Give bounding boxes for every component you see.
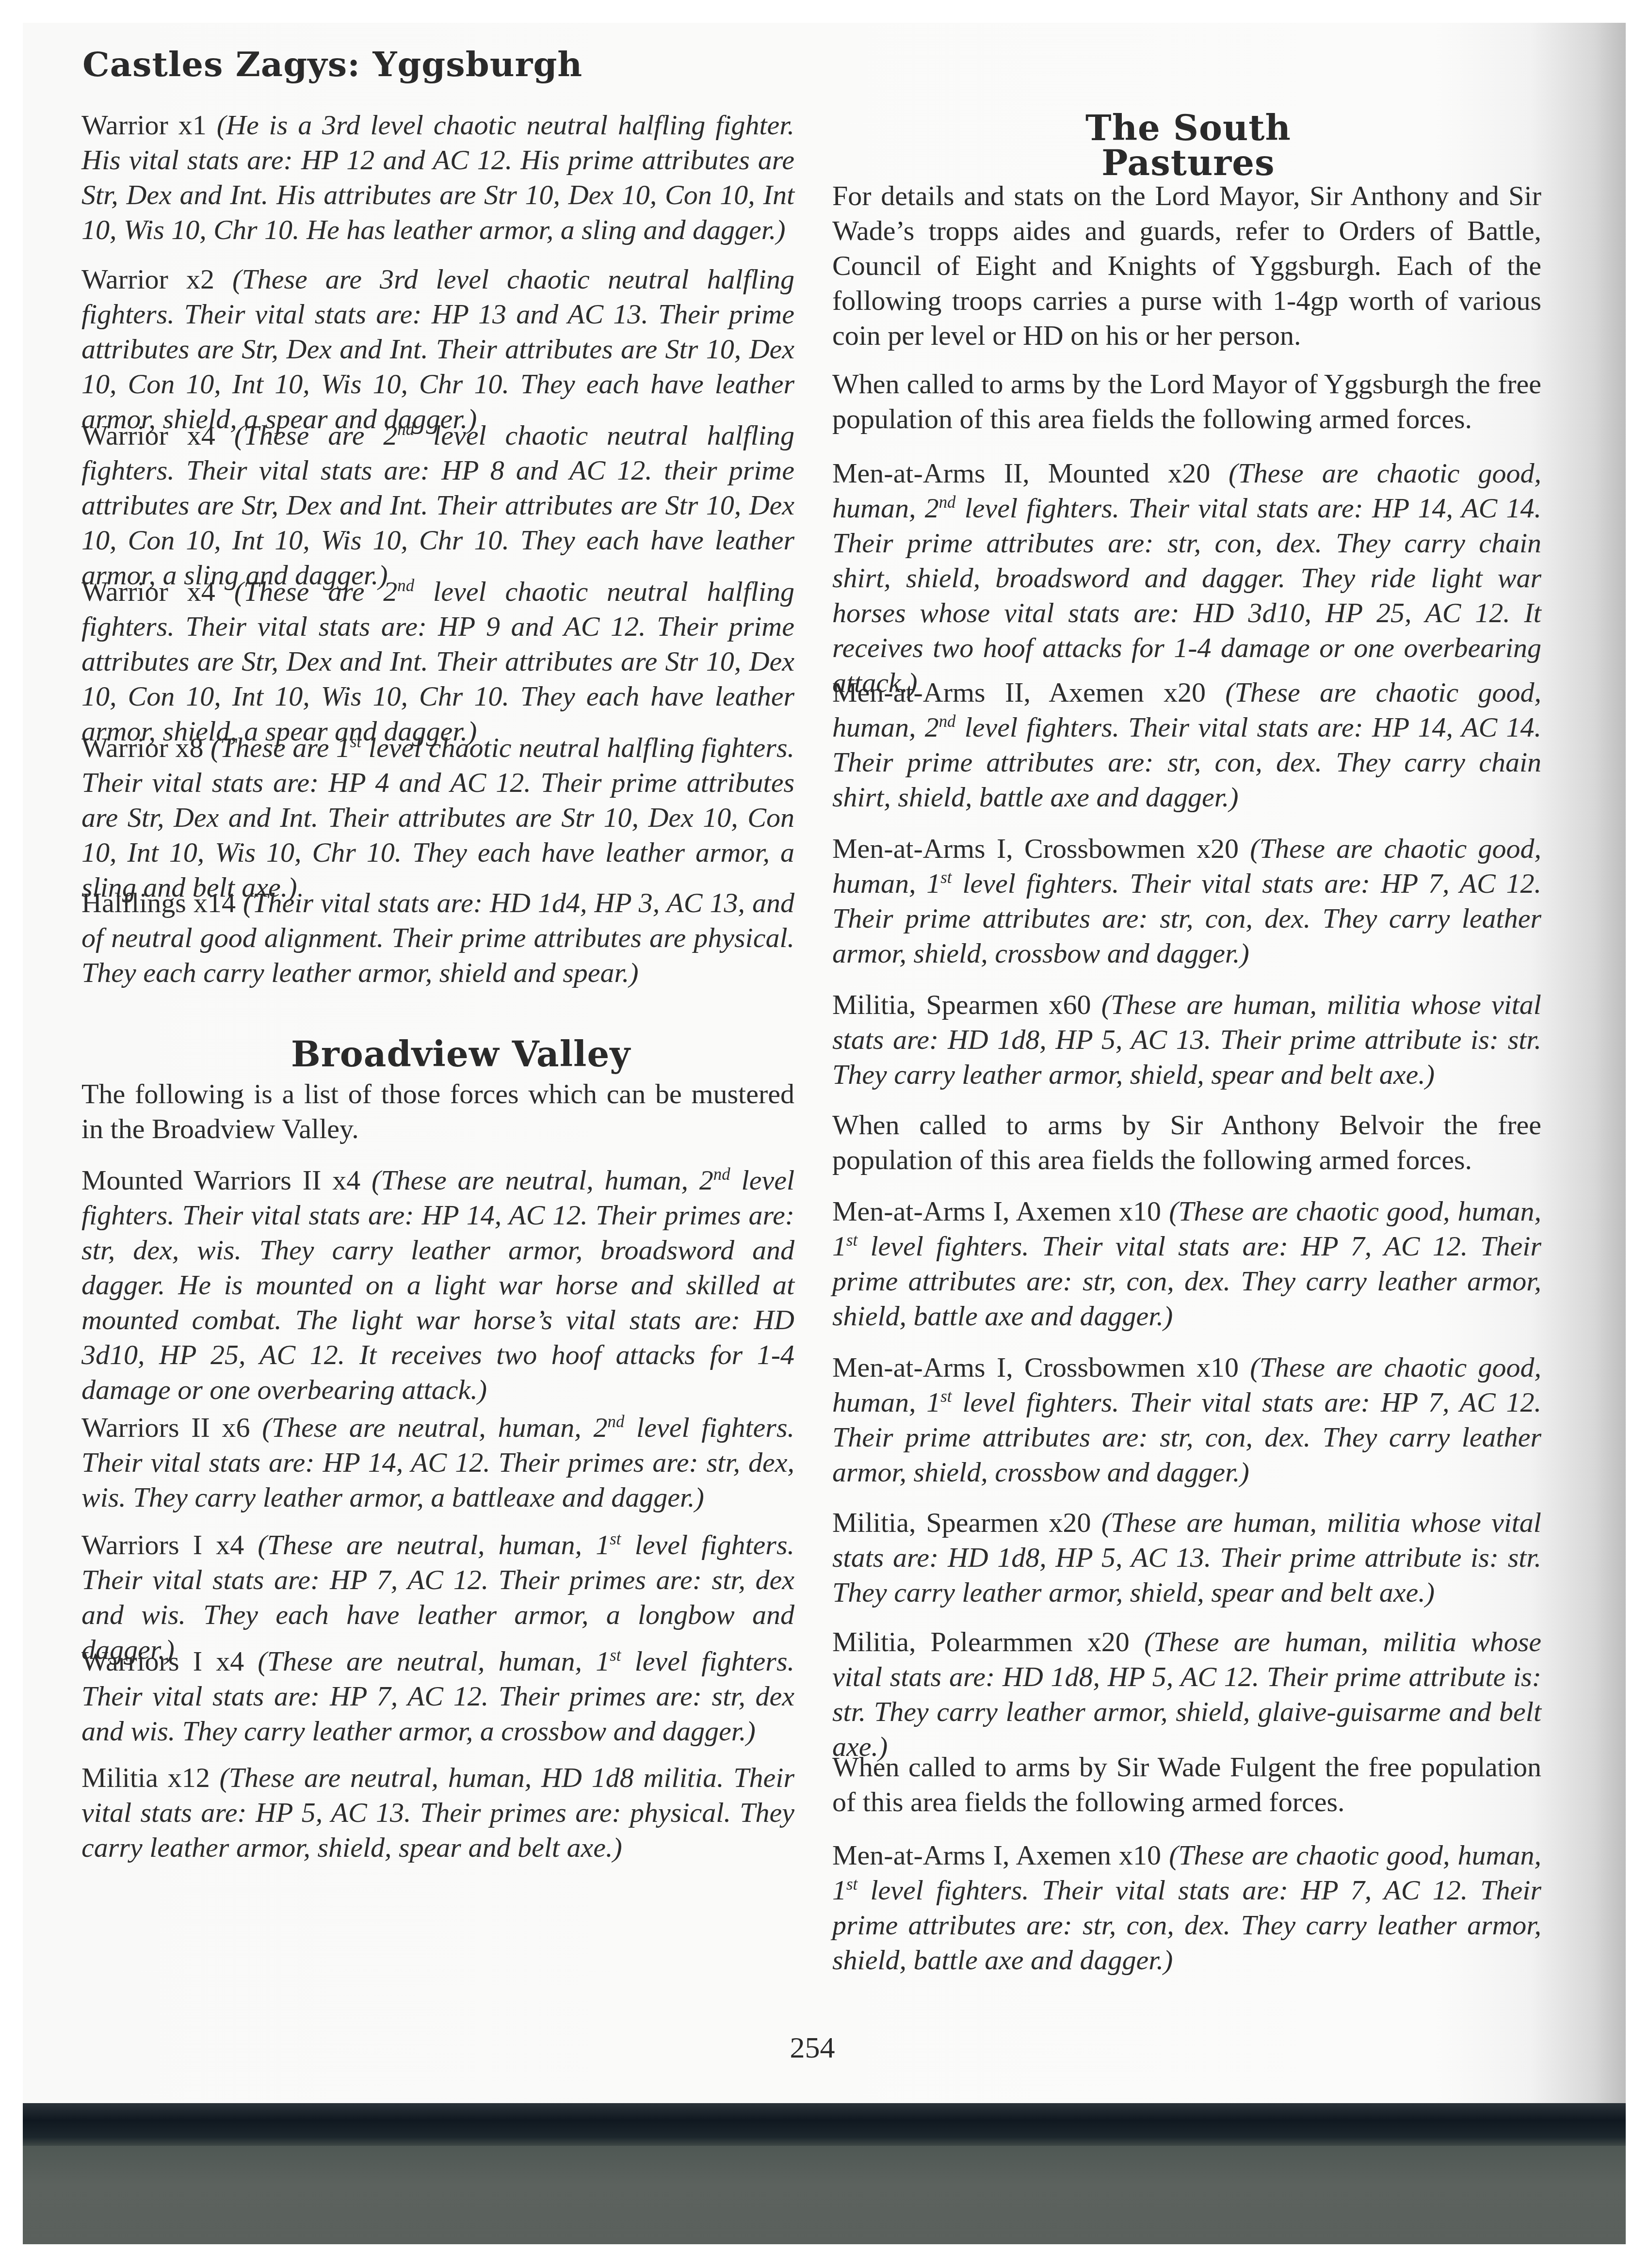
- lord-mayor-call-to-arms: When called to arms by the Lord Mayor of…: [832, 367, 1541, 436]
- ordinal-suffix: nd: [608, 1412, 625, 1431]
- entry-lead: Halflings x14: [81, 887, 243, 918]
- entry-warrior-x4-b: Warrior x4 (These are 2nd level chaotic …: [81, 574, 794, 749]
- entry-lead: Warriors I x4: [81, 1529, 258, 1560]
- entry-lead: Warriors II x6: [81, 1412, 262, 1443]
- entry-detail-pre: (These are 2: [234, 576, 398, 607]
- entry-warrior-x2: Warrior x2 (These are 3rd level chaotic …: [81, 262, 794, 436]
- entry-warrior-x8: Warrior x8 (These are 1st level chaotic …: [81, 730, 794, 905]
- entry-lead: Warriors I x4: [81, 1645, 258, 1677]
- sir-anthony-call-to-arms: When called to arms by Sir Anthony Belvo…: [832, 1108, 1541, 1177]
- heading-broadview-valley: Broadview Valley: [276, 1037, 645, 1072]
- scanner-edge-dark-band: [23, 2103, 1626, 2146]
- entry-detail-pre: (These are 2: [234, 419, 398, 451]
- entry-militia-polearmmen-x20: Militia, Polearmmen x20 (These are human…: [832, 1625, 1541, 1764]
- entry-lead: Militia, Spearmen x60: [832, 989, 1101, 1020]
- entry-men-at-arms-i-crossbowmen-x10: Men-at-Arms I, Crossbowmen x10 (These ar…: [832, 1350, 1541, 1490]
- ordinal-suffix: st: [610, 1529, 621, 1548]
- entry-lead: Men-at-Arms I, Axemen x10: [832, 1195, 1169, 1227]
- entry-men-at-arms-i-crossbowmen-x20: Men-at-Arms I, Crossbowmen x20 (These ar…: [832, 831, 1541, 971]
- entry-halflings-x14: Halflings x14 (Their vital stats are: HD…: [81, 885, 794, 990]
- page-number: 254: [786, 2031, 839, 2065]
- entry-detail-pre: (These are neutral, human, 1: [258, 1529, 610, 1560]
- entry-men-at-arms-ii-axemen-x20: Men-at-Arms II, Axemen x20 (These are ch…: [832, 675, 1541, 815]
- entry-lead: Men-at-Arms I, Crossbowmen x10: [832, 1351, 1250, 1383]
- entry-lead: Militia x12: [81, 1762, 220, 1793]
- south-pastures-intro: For details and stats on the Lord Mayor,…: [832, 178, 1541, 353]
- entry-lead: Warrior x4: [81, 576, 234, 607]
- entry-lead: Men-at-Arms I, Axemen x10: [832, 1839, 1169, 1871]
- entry-militia-x12: Militia x12 (These are neutral, human, H…: [81, 1760, 794, 1865]
- entry-warriors-i-x4-b: Warriors I x4 (These are neutral, human,…: [81, 1644, 794, 1749]
- entry-lead: Warrior x2: [81, 263, 232, 295]
- entry-lead: Warrior x4: [81, 419, 234, 451]
- heading-castles-zagys: Castles Zagys: Yggsburgh: [82, 48, 582, 81]
- entry-detail: level fighters. Their vital stats are: H…: [832, 1230, 1541, 1332]
- ordinal-suffix: nd: [713, 1165, 730, 1184]
- entry-detail-pre: (These are 1: [210, 732, 350, 763]
- entry-warrior-x1: Warrior x1 (He is a 3rd level chaotic ne…: [81, 108, 794, 247]
- ordinal-suffix: nd: [939, 493, 956, 512]
- scanner-edge-gray-band: [23, 2146, 1626, 2244]
- ordinal-suffix: nd: [397, 576, 414, 595]
- entry-lead: Mounted Warriors II x4: [81, 1164, 372, 1196]
- entry-warriors-ii-x6: Warriors II x6 (These are neutral, human…: [81, 1410, 794, 1515]
- entry-detail: level fighters. Their vital stats are: H…: [81, 1164, 794, 1405]
- ordinal-suffix: nd: [397, 420, 414, 439]
- ordinal-suffix: st: [846, 1875, 857, 1894]
- entry-warrior-x4-a: Warrior x4 (These are 2nd level chaotic …: [81, 418, 794, 593]
- entry-lead: Men-at-Arms II, Axemen x20: [832, 676, 1225, 708]
- entry-men-at-arms-i-axemen-x10-wade: Men-at-Arms I, Axemen x10 (These are cha…: [832, 1838, 1541, 1978]
- entry-detail: level fighters. Their vital stats are: H…: [832, 1874, 1541, 1976]
- ordinal-suffix: st: [940, 868, 952, 887]
- entry-militia-spearmen-x20: Militia, Spearmen x20 (These are human, …: [832, 1505, 1541, 1610]
- entry-lead: Militia, Spearmen x20: [832, 1507, 1101, 1538]
- entry-lead: Militia, Polearmmen x20: [832, 1626, 1144, 1657]
- entry-lead: Men-at-Arms I, Crossbowmen x20: [832, 833, 1250, 864]
- ordinal-suffix: st: [940, 1387, 952, 1406]
- sir-wade-call-to-arms: When called to arms by Sir Wade Fulgent …: [832, 1750, 1541, 1819]
- entry-detail-pre: (These are neutral, human, 2: [372, 1164, 713, 1196]
- entry-militia-spearmen-x60: Militia, Spearmen x60 (These are human, …: [832, 987, 1541, 1092]
- entry-men-at-arms-ii-mounted-x20: Men-at-Arms II, Mounted x20 (These are c…: [832, 456, 1541, 700]
- entry-lead: Warrior x1: [81, 109, 217, 141]
- entry-lead: Warrior x8: [81, 732, 210, 763]
- entry-detail-pre: (These are neutral, human, 1: [258, 1645, 610, 1677]
- ordinal-suffix: st: [350, 732, 361, 751]
- entry-detail-pre: (These are neutral, human, 2: [262, 1412, 607, 1443]
- entry-men-at-arms-i-axemen-x10-anthony: Men-at-Arms I, Axemen x10 (These are cha…: [832, 1194, 1541, 1334]
- ordinal-suffix: st: [610, 1646, 621, 1665]
- entry-lead: Men-at-Arms II, Mounted x20: [832, 457, 1229, 489]
- ordinal-suffix: st: [846, 1231, 857, 1250]
- entry-mounted-warriors-ii-x4: Mounted Warriors II x4 (These are neutra…: [81, 1163, 794, 1407]
- ordinal-suffix: nd: [939, 712, 956, 731]
- heading-south-pastures: The South Pastures: [1018, 111, 1358, 180]
- broadview-intro: The following is a list of those forces …: [81, 1077, 794, 1146]
